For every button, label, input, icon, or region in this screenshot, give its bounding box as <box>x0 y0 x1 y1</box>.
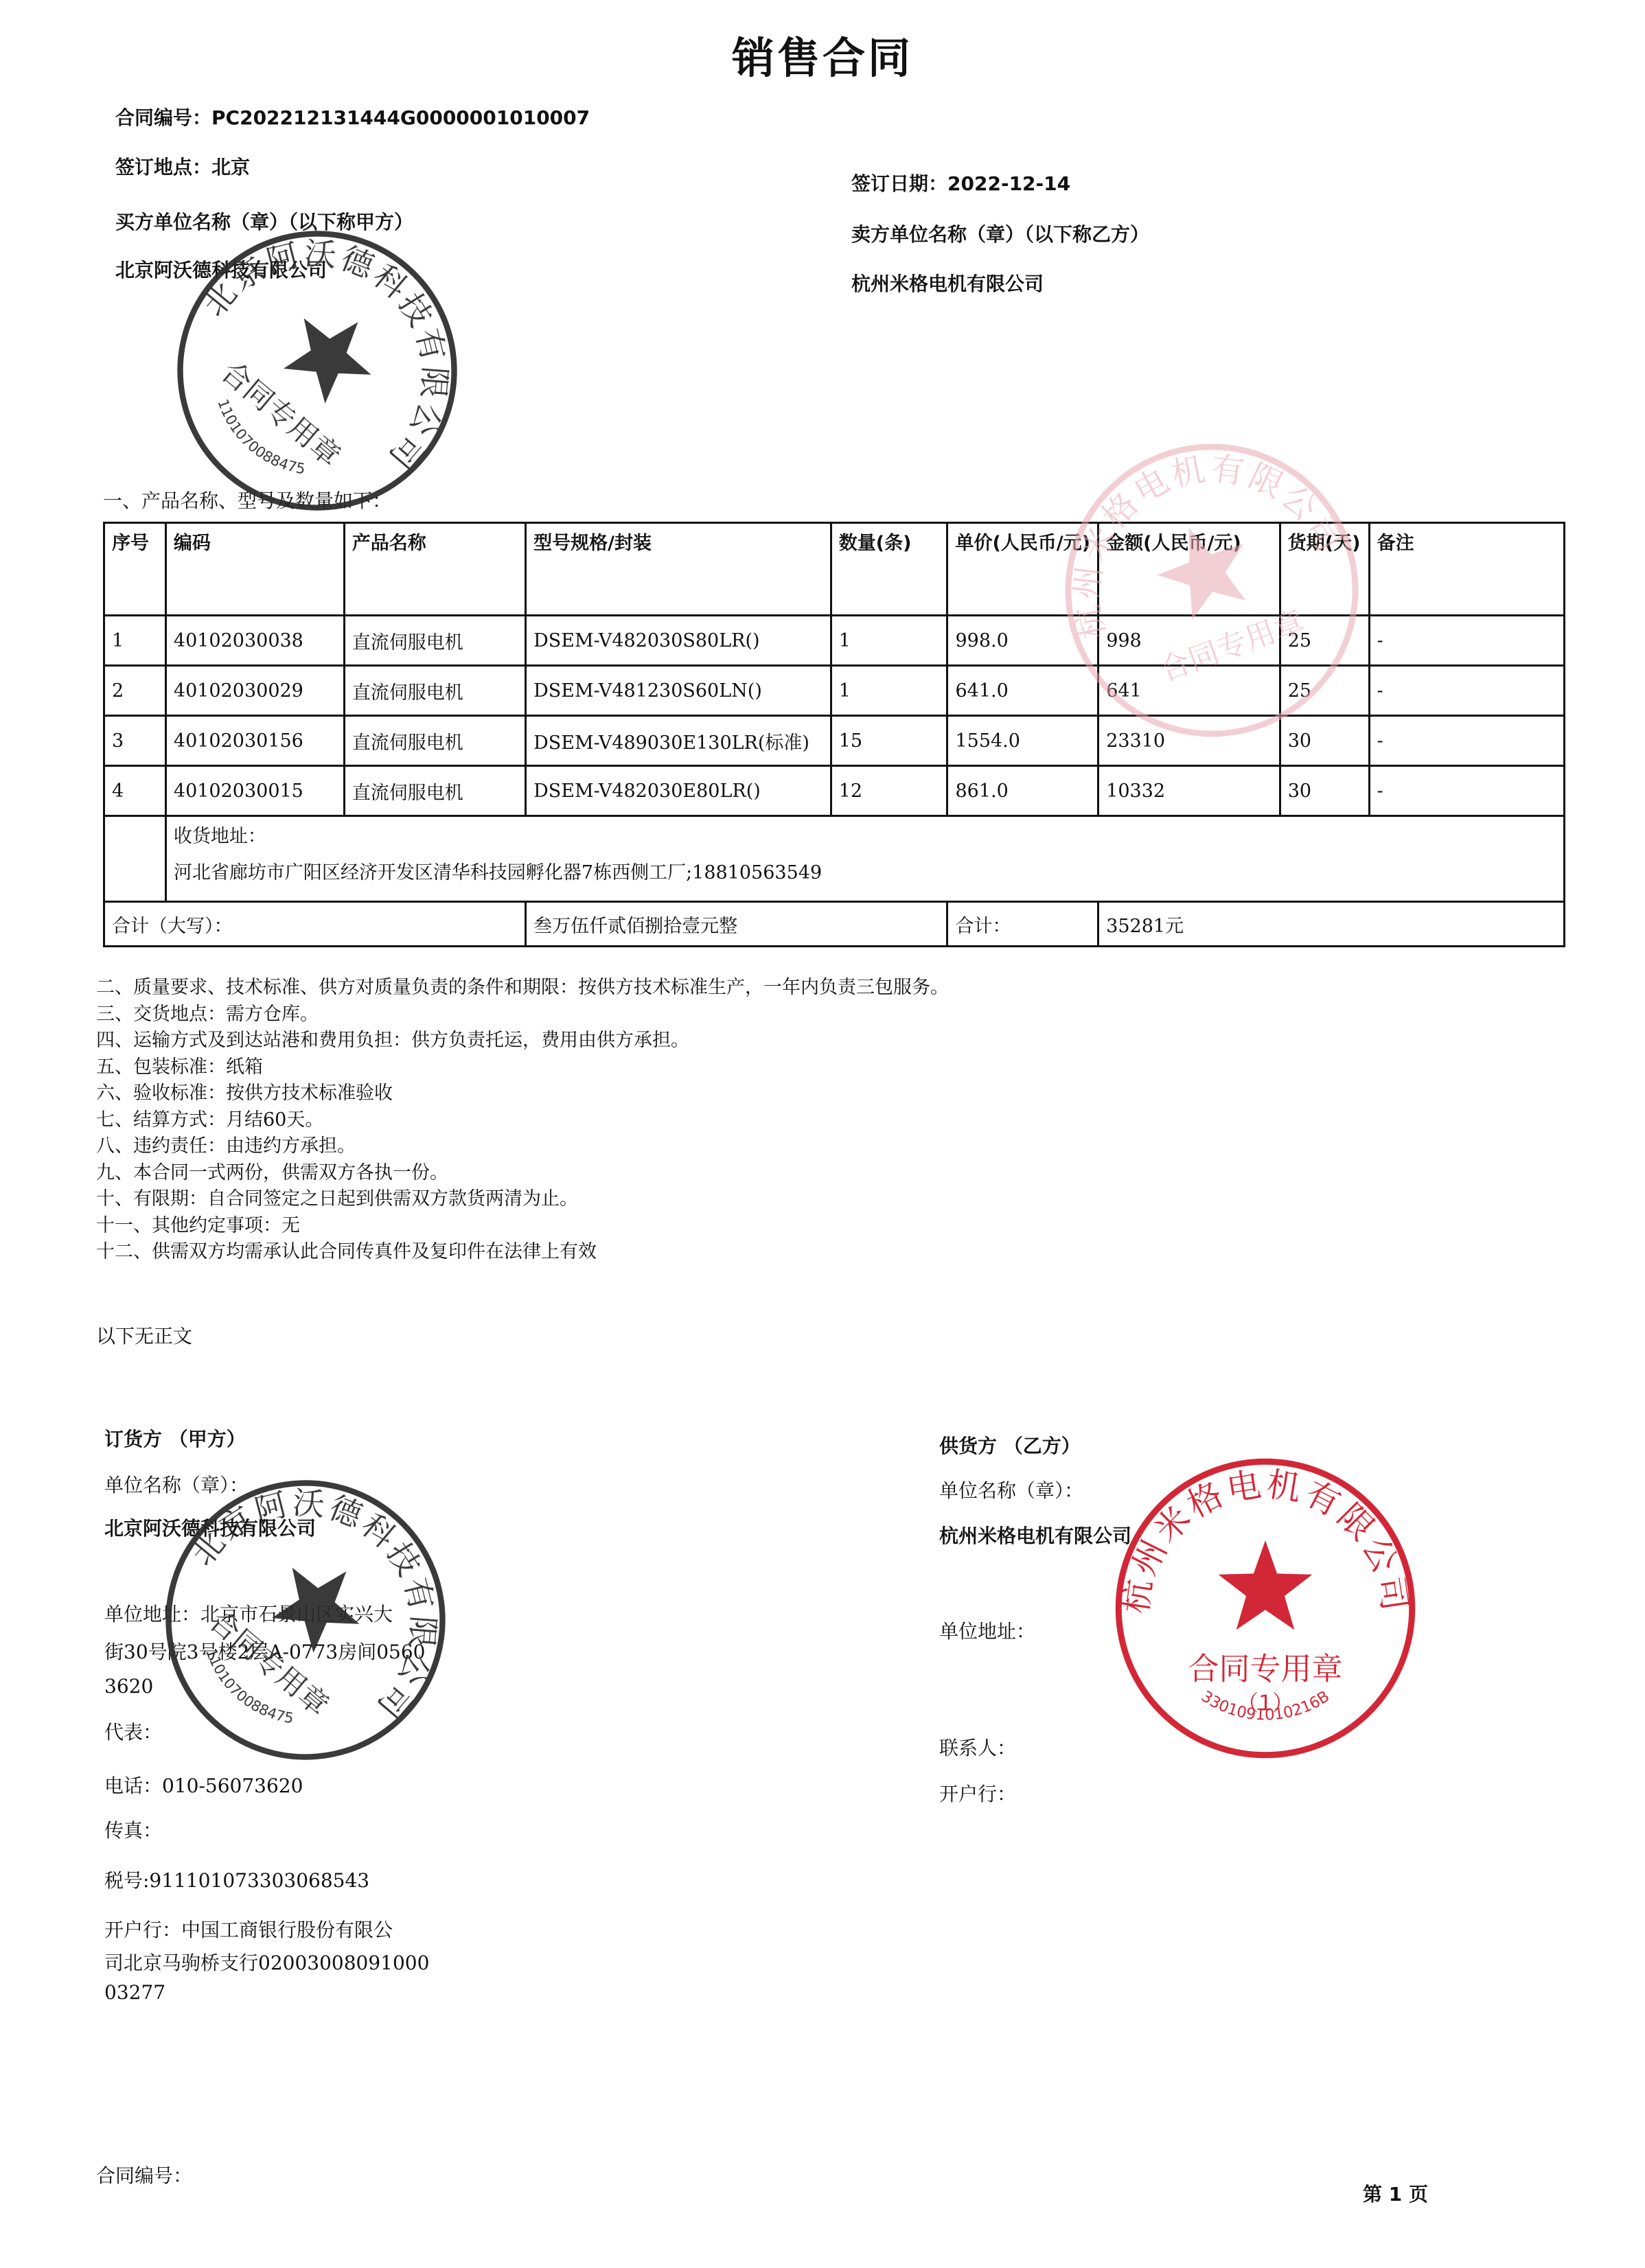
cell-amount: 10332 <box>1098 766 1280 816</box>
contract-number-label: 合同编号： <box>115 106 211 129</box>
col-header-code: 编码 <box>165 523 344 616</box>
cell-lead-time: 30 <box>1280 716 1369 766</box>
term-item: 十、有限期：自合同签定之日起到供需双方款货两清为止。 <box>96 1186 949 1213</box>
party-a-bank-line-2: 司北京马驹桥支行02003008091000 <box>104 1948 429 1976</box>
delivery-address-row: 收货地址： 河北省廊坊市广阳区经济开发区清华科技园孵化器7栋西侧工厂;18810… <box>104 816 1565 902</box>
party-a-representative-label: 代表： <box>104 1717 162 1745</box>
contract-number: 合同编号：PC202212131444G0000001010007 <box>115 103 590 130</box>
cell-code: 40102030029 <box>165 666 344 716</box>
svg-text:合同专用章: 合同专用章 <box>1188 1651 1342 1687</box>
party-b-contact-label: 联系人： <box>939 1733 1016 1761</box>
seller-name: 杭州米格电机有限公司 <box>851 269 1044 297</box>
cell-product-name: 直流伺服电机 <box>344 716 525 766</box>
cell-model: DSEM-V481230S60LN() <box>526 666 831 716</box>
delivery-address-label: 收货地址： <box>174 821 1556 848</box>
total-label: 合计： <box>947 902 1098 947</box>
table-row: 2 40102030029 直流伺服电机 DSEM-V481230S60LN()… <box>104 666 1565 716</box>
cell-unit-price: 861.0 <box>947 766 1098 816</box>
term-item: 十二、供需双方均需承认此合同传真件及复印件在法律上有效 <box>96 1239 949 1266</box>
total-row: 合计（大写）： 叁万伍仟贰佰捌拾壹元整 合计： 35281元 <box>104 902 1565 947</box>
product-table: 序号 编码 产品名称 型号规格/封装 数量(条) 单价(人民币/元) 金额(人民… <box>103 522 1565 947</box>
svg-text:（1）: （1） <box>1236 1691 1293 1716</box>
col-header-amount: 金额(人民币/元) <box>1098 523 1280 616</box>
term-item: 四、运输方式及到达站港和费用负担：供方负责托运，费用由供方承担。 <box>96 1028 949 1054</box>
cell-unit-price: 641.0 <box>947 666 1098 716</box>
delivery-address: 河北省廊坊市广阳区经济开发区清华科技园孵化器7栋西侧工厂;18810563549 <box>174 857 1556 884</box>
party-a-tax-id: 税号:911101073303068543 <box>104 1866 369 1893</box>
buyer-name: 北京阿沃德科技有限公司 <box>115 255 327 283</box>
term-item: 二、质量要求、技术标准、供方对质量负责的条件和期限：按供方技术标准生产，一年内负… <box>96 975 949 1002</box>
party-a-heading: 订货方 （甲方） <box>104 1424 246 1452</box>
term-item: 七、结算方式：月结60天。 <box>96 1107 949 1134</box>
term-item: 九、本合同一式两份，供需双方各执一份。 <box>96 1160 949 1187</box>
term-item: 六、验收标准：按供方技术标准验收 <box>96 1080 949 1107</box>
cell-quantity: 1 <box>831 616 947 666</box>
svg-text:3301091010216B: 3301091010216B <box>1198 1687 1333 1724</box>
sign-place-value: 北京 <box>211 156 250 178</box>
total-words: 叁万伍仟贰佰捌拾壹元整 <box>526 902 947 947</box>
page-number: 第 1 页 <box>1363 2179 1428 2207</box>
party-a-address-line-3: 3620 <box>104 1675 153 1698</box>
cell-product-name: 直流伺服电机 <box>344 666 525 716</box>
total-value: 35281元 <box>1098 902 1565 947</box>
cell-code: 40102030038 <box>165 616 344 666</box>
party-a-name-label: 单位名称（章）： <box>104 1470 249 1498</box>
party-b-bank-label: 开户行： <box>939 1779 1016 1807</box>
sign-date-label: 签订日期： <box>851 172 947 195</box>
cell-lead-time: 25 <box>1280 666 1369 716</box>
cell-remarks: - <box>1369 716 1564 766</box>
cell-unit-price: 998.0 <box>947 616 1098 666</box>
sign-date: 签订日期：2022-12-14 <box>851 169 1070 196</box>
cell-remarks: - <box>1369 766 1564 816</box>
cell-amount: 23310 <box>1098 716 1280 766</box>
cell-unit-price: 1554.0 <box>947 716 1098 766</box>
col-header-model: 型号规格/封装 <box>526 523 831 616</box>
table-header-row: 序号 编码 产品名称 型号规格/封装 数量(条) 单价(人民币/元) 金额(人民… <box>104 523 1565 616</box>
party-b-address-label: 单位地址： <box>939 1617 1035 1644</box>
svg-text:合同专用章: 合同专用章 <box>215 355 347 474</box>
cell-index: 2 <box>104 666 166 716</box>
cell-product-name: 直流伺服电机 <box>344 766 525 816</box>
term-item: 八、违约责任：由违约方承担。 <box>96 1133 949 1160</box>
party-a-phone: 电话：010-56073620 <box>104 1771 303 1798</box>
col-header-remarks: 备注 <box>1369 523 1564 616</box>
party-a-bank-line-3: 03277 <box>104 1981 165 2004</box>
col-header-index: 序号 <box>104 523 166 616</box>
buyer-label: 买方单位名称（章）（以下称甲方） <box>115 207 413 235</box>
delivery-address-spacer <box>104 816 166 902</box>
sign-date-value: 2022-12-14 <box>947 172 1070 195</box>
party-a-name: 北京阿沃德科技有限公司 <box>104 1514 316 1541</box>
sign-place-label: 签订地点： <box>115 156 211 178</box>
cell-quantity: 15 <box>831 716 947 766</box>
delivery-address-cell: 收货地址： 河北省廊坊市广阳区经济开发区清华科技园孵化器7栋西侧工厂;18810… <box>165 816 1564 902</box>
section-1-heading: 一、产品名称、型号及数量如下： <box>103 486 391 513</box>
table-row: 4 40102030015 直流伺服电机 DSEM-V482030E80LR()… <box>104 766 1565 816</box>
party-a-address-line-2: 街30号院3号楼2层A-0773房间0560 <box>104 1637 425 1665</box>
cell-index: 1 <box>104 616 166 666</box>
end-note: 以下无正文 <box>96 1321 192 1349</box>
col-header-product-name: 产品名称 <box>344 523 525 616</box>
cell-code: 40102030156 <box>165 716 344 766</box>
footer-contract-number-label: 合同编号： <box>96 2161 192 2188</box>
cell-lead-time: 30 <box>1280 766 1369 816</box>
term-item: 三、交货地点：需方仓库。 <box>96 1002 949 1028</box>
seller-contract-seal-stamp: 杭州米格电机有限公司合同专用章（1）3301091010216B <box>1111 1454 1420 1763</box>
cell-quantity: 1 <box>831 666 947 716</box>
party-a-address-line-1: 单位地址：北京市石景山区实兴大 <box>104 1599 393 1627</box>
total-words-label: 合计（大写）： <box>104 902 526 947</box>
cell-model: DSEM-V489030E130LR(标准) <box>526 716 831 766</box>
term-item: 十一、其他约定事项：无 <box>96 1213 949 1240</box>
cell-amount: 641 <box>1098 666 1280 716</box>
party-b-name: 杭州米格电机有限公司 <box>939 1521 1131 1549</box>
table-row: 1 40102030038 直流伺服电机 DSEM-V482030S80LR()… <box>104 616 1565 666</box>
seller-label: 卖方单位名称（章）（以下称乙方） <box>851 220 1149 247</box>
col-header-lead-time: 货期(天) <box>1280 523 1369 616</box>
document-title: 销售合同 <box>0 24 1645 85</box>
col-header-quantity: 数量(条) <box>831 523 947 616</box>
cell-amount: 998 <box>1098 616 1280 666</box>
contract-number-value: PC202212131444G0000001010007 <box>211 106 590 129</box>
cell-index: 4 <box>104 766 166 816</box>
cell-product-name: 直流伺服电机 <box>344 616 525 666</box>
cell-remarks: - <box>1369 616 1564 666</box>
svg-text:杭州米格电机有限公司: 杭州米格电机有限公司 <box>1115 1464 1415 1617</box>
party-a-bank-line-1: 开户行：中国工商银行股份有限公 <box>104 1915 393 1943</box>
cell-model: DSEM-V482030S80LR() <box>526 616 831 666</box>
sign-place: 签订地点：北京 <box>115 152 250 180</box>
party-b-heading: 供货方 （乙方） <box>939 1431 1081 1459</box>
term-item: 五、包装标准：纸箱 <box>96 1054 949 1081</box>
col-header-unit-price: 单价(人民币/元) <box>947 523 1098 616</box>
party-b-name-label: 单位名称（章）： <box>939 1476 1083 1503</box>
cell-lead-time: 25 <box>1280 616 1369 666</box>
cell-index: 3 <box>104 716 166 766</box>
cell-model: DSEM-V482030E80LR() <box>526 766 831 816</box>
table-row: 3 40102030156 直流伺服电机 DSEM-V489030E130LR(… <box>104 716 1565 766</box>
contract-terms: 二、质量要求、技术标准、供方对质量负责的条件和期限：按供方技术标准生产，一年内负… <box>96 975 949 1266</box>
svg-text:1101070088475: 1101070088475 <box>203 391 312 490</box>
cell-remarks: - <box>1369 666 1564 716</box>
party-a-fax-label: 传真： <box>104 1816 162 1843</box>
cell-code: 40102030015 <box>165 766 344 816</box>
cell-quantity: 12 <box>831 766 947 816</box>
